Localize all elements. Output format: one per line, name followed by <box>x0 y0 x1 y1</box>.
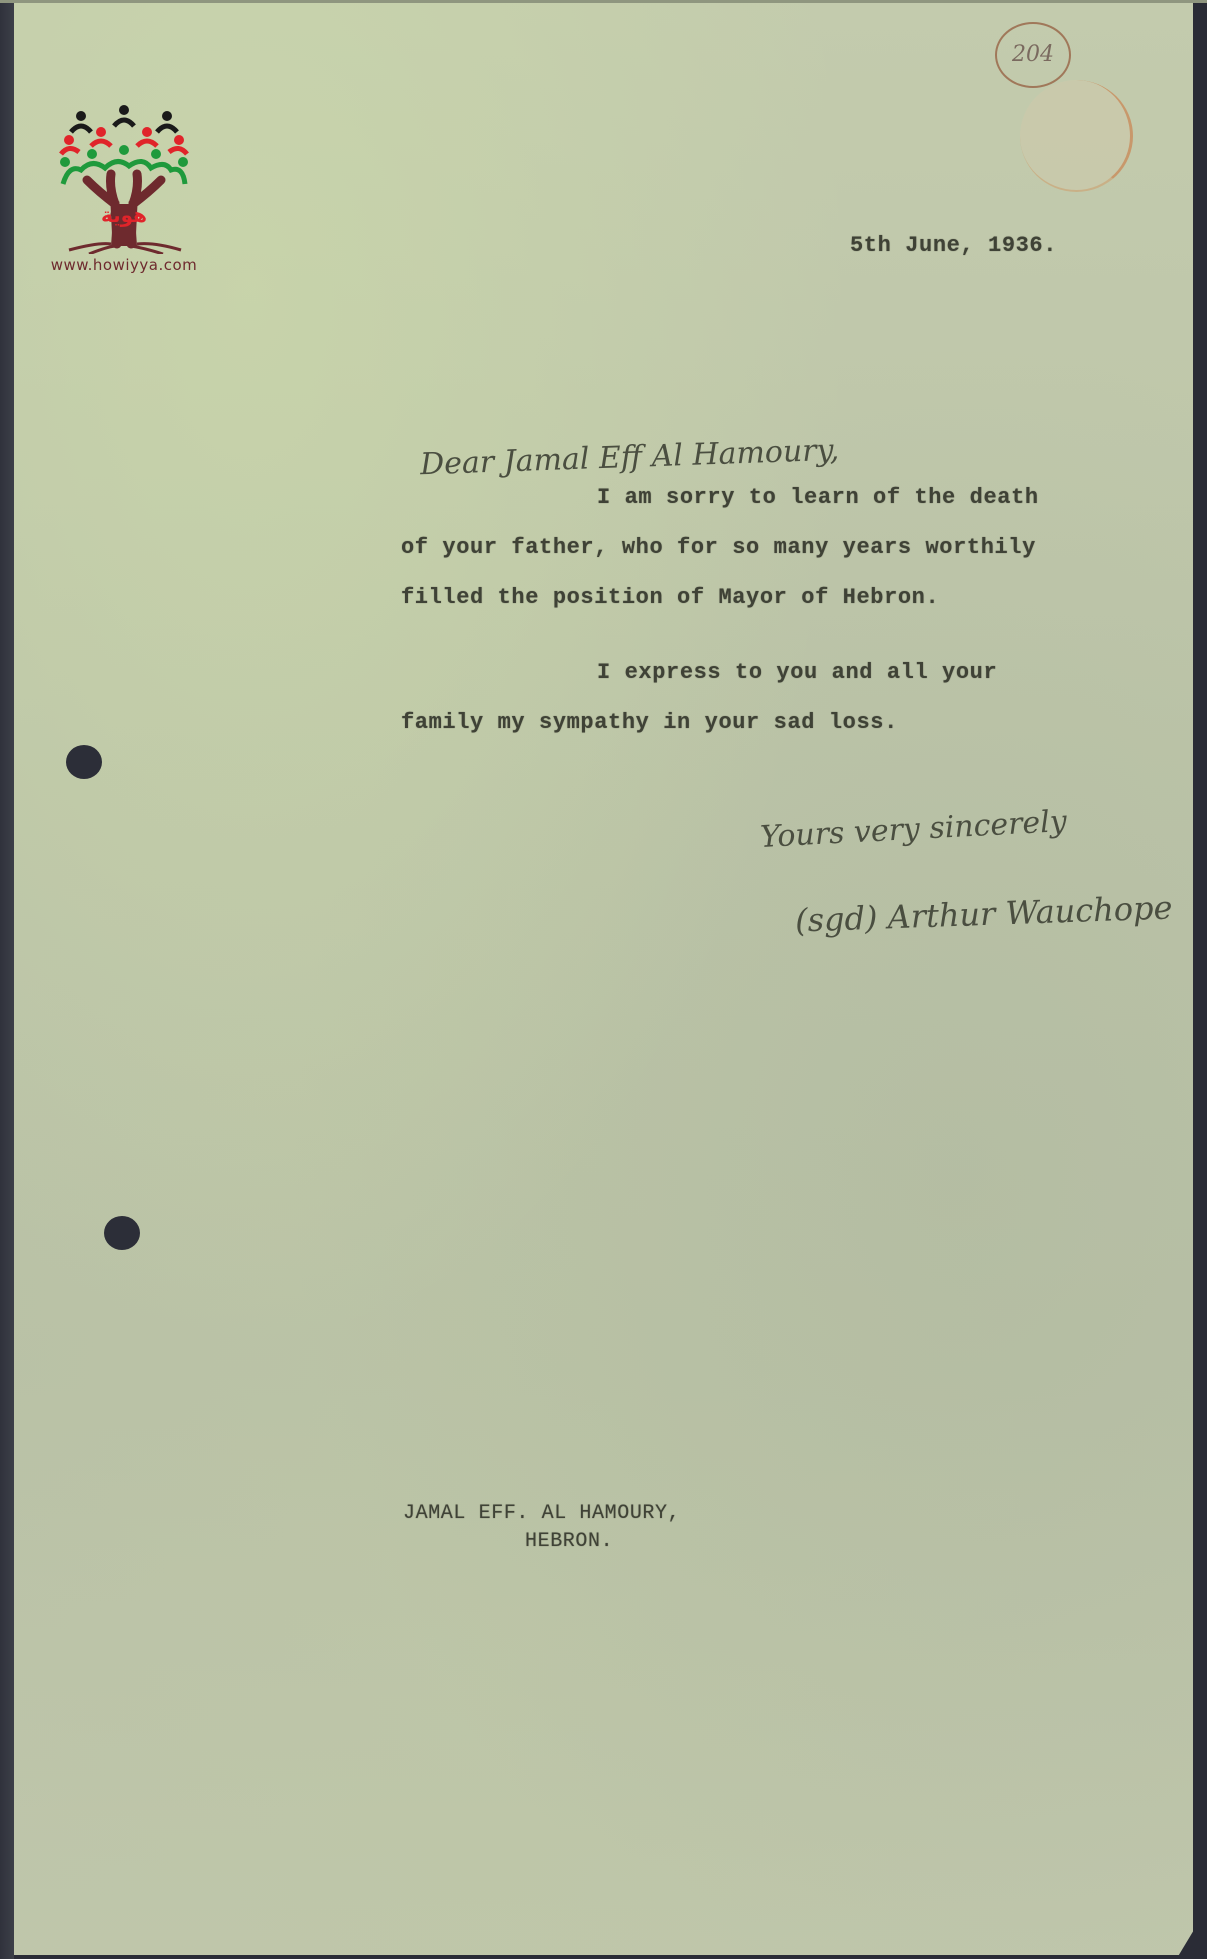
body-line: of your father, who for so many years wo… <box>401 535 1036 560</box>
body-line: I express to you and all your <box>597 660 997 685</box>
howiyya-logo: هوية www.howiyya.com <box>36 104 212 274</box>
body-line: filled the position of Mayor of Hebron. <box>401 585 939 610</box>
folio-mark-tail <box>1020 80 1133 192</box>
addressee-city: HEBRON. <box>525 1530 613 1553</box>
tree-of-people-icon: هوية <box>59 104 189 254</box>
body-line: family my sympathy in your sad loss. <box>401 710 898 735</box>
punch-hole <box>104 1216 140 1250</box>
logo-url: www.howiyya.com <box>36 256 212 274</box>
page-top-border <box>0 0 1207 3</box>
document-page <box>14 0 1193 1955</box>
page-left-border <box>0 0 14 1959</box>
letter-date: 5th June, 1936. <box>850 233 1057 258</box>
punch-hole <box>66 745 102 779</box>
body-line: I am sorry to learn of the death <box>597 485 1039 510</box>
logo-arabic-text: هوية <box>101 203 147 227</box>
addressee-name: JAMAL EFF. AL HAMOURY, <box>403 1502 680 1525</box>
folio-number: 204 <box>995 22 1071 88</box>
